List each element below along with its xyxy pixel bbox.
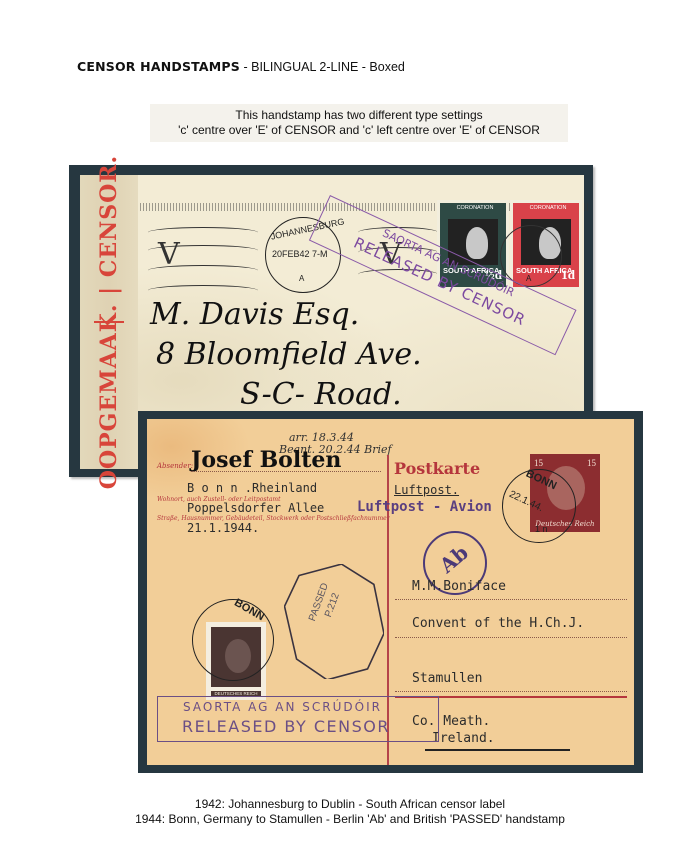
sender-date: 21.1.1944. — [187, 521, 259, 535]
recipient-line-1: M.M.Boniface — [412, 579, 506, 594]
stamp-value: 1d — [561, 267, 575, 283]
postmark-date: 22.1.44. — [507, 489, 544, 514]
note-line-1: This handstamp has two different type se… — [150, 108, 568, 123]
note-box: This handstamp has two different type se… — [150, 104, 568, 142]
indicium-value-left: 15 — [534, 458, 543, 468]
postcard-bonn: arr. 18.3.44 Beant. 20.2.44 Brief Absend… — [138, 411, 643, 773]
censor-stamp-irish: SAORTA AG AN SCRÚDÓIR — [158, 700, 463, 714]
address-line-3: S-C- Road. — [240, 377, 402, 412]
v-slogan-mark: V — [158, 237, 180, 272]
title-subtitle: - BILINGUAL 2-LINE - Boxed — [240, 60, 405, 74]
censor-stamp-english: RELEASED BY CENSOR — [158, 717, 462, 736]
caption-line-2: 1944: Bonn, Germany to Stamullen - Berli… — [80, 812, 620, 827]
indicium-value-right: 15 — [587, 458, 596, 468]
sender-city: B o n n .Rheinland — [187, 481, 317, 495]
luftpost-avion-stamp: Luftpost - Avion — [357, 499, 492, 515]
luftpost-typed: Luftpost. — [394, 483, 459, 497]
postkarte-heading: Postkarte — [394, 459, 480, 478]
postcard: arr. 18.3.44 Beant. 20.2.44 Brief Absend… — [147, 419, 634, 765]
stamp-top-text: CORONATION — [444, 205, 506, 211]
sender-street: Poppelsdorfer Allee — [187, 501, 324, 515]
form-line — [395, 599, 627, 600]
postmark-code: 1 n — [535, 524, 548, 534]
sender-name: Josef Bolten — [191, 447, 341, 473]
recipient-line-2: Convent of the H.Ch.J. — [412, 616, 584, 631]
bonn-postmark: BONN 22.1.44. 1 n — [502, 469, 576, 543]
recipient-line-3: Stamullen — [412, 671, 482, 686]
postmark-date: 20FEB42 7-M — [272, 249, 328, 259]
censor-handstamp-boxed: SAORTA AG AN SCRÚDÓIR RELEASED BY CENSOR — [157, 696, 439, 742]
page-title: CENSOR HANDSTAMPS - BILINGUAL 2-LINE - B… — [77, 59, 405, 74]
caption-line-1: 1942: Johannesburg to Dublin - South Afr… — [80, 797, 620, 812]
title-bold: CENSOR HANDSTAMPS — [77, 59, 240, 74]
form-line — [395, 691, 627, 692]
king-head-icon — [466, 227, 488, 259]
passed-octagon-mark — [284, 564, 384, 679]
wavy-cancel-line — [148, 285, 258, 296]
censor-label-text: OOPGEMAAK. | CENSOR. — [96, 155, 122, 489]
address-line-1: M. Davis Esq. — [150, 297, 359, 332]
censor-label: OOPGEMAAK. | CENSOR. — [80, 175, 138, 469]
ab-text: Ab — [435, 540, 473, 577]
sender-label: Absender: — [157, 462, 193, 470]
postmark-letter: A — [526, 274, 531, 283]
address-line-2: 8 Bloomfield Ave. — [156, 337, 422, 372]
underline — [425, 749, 570, 751]
postmark-town: BONN — [232, 597, 266, 624]
form-line — [395, 637, 627, 638]
caption: 1942: Johannesburg to Dublin - South Afr… — [80, 797, 620, 827]
stamp-top-text: CORONATION — [517, 205, 579, 211]
postmark-letter: A — [299, 274, 304, 283]
bonn-postmark-stamp: BONN — [192, 599, 274, 681]
note-line-2: 'c' centre over 'E' of CENSOR and 'c' le… — [150, 123, 568, 138]
form-line — [191, 471, 381, 472]
postmark-town: BONN — [524, 468, 558, 493]
